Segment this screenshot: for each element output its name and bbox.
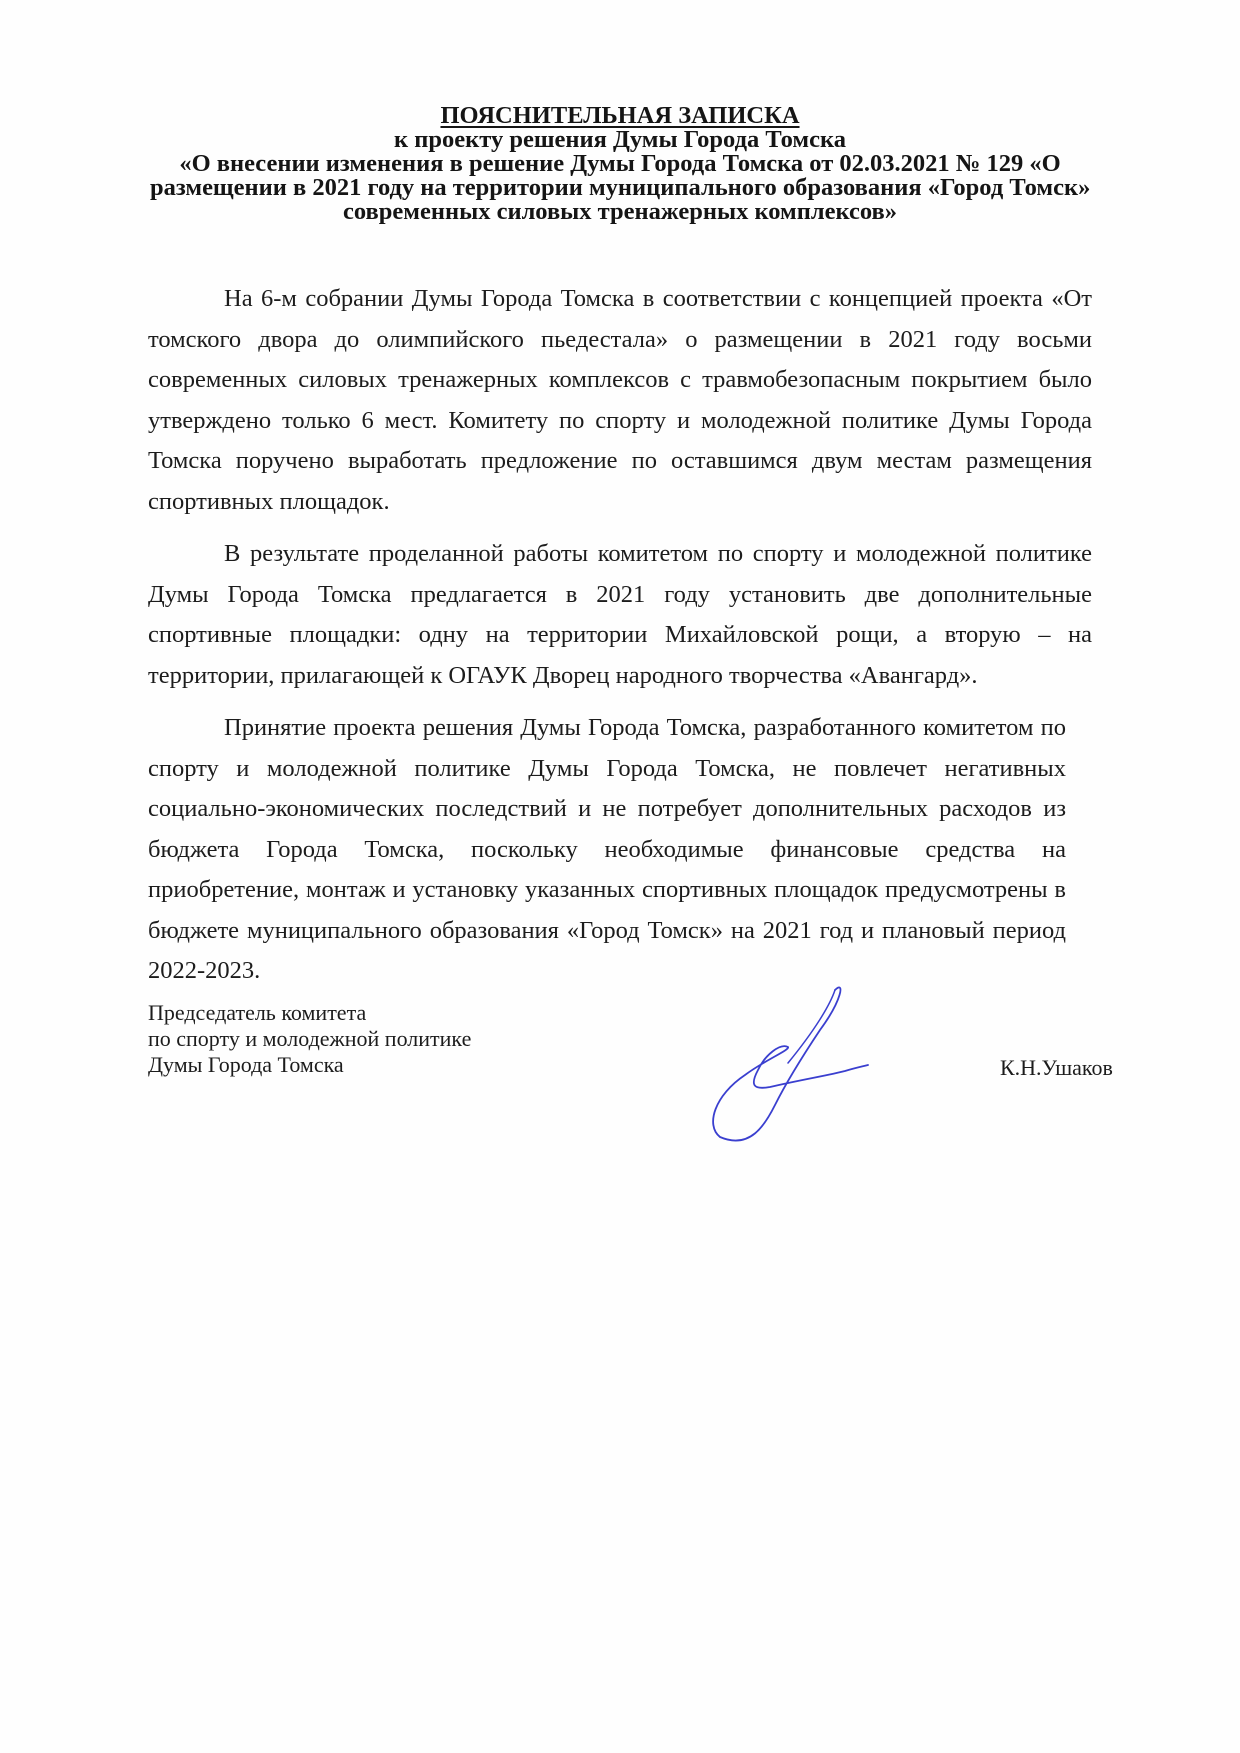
signer-position: Председатель комитета по спорту и молоде…: [148, 1000, 471, 1078]
paragraph-2: В результате проделанной работы комитето…: [148, 534, 1092, 696]
handwritten-signature-icon: [670, 975, 870, 1145]
document-subtitle-line-1: к проекту решения Думы Города Томска: [150, 128, 1090, 152]
signer-name: К.Н.Ушаков: [1000, 1055, 1113, 1081]
document-body: На 6-м собрании Думы Города Томска в соо…: [148, 279, 1092, 992]
document-subtitle-line-4: современных силовых тренажерных комплекс…: [150, 200, 1090, 224]
document-subtitle-line-2: «О внесении изменения в решение Думы Гор…: [150, 152, 1090, 176]
paragraph-1: На 6-м собрании Думы Города Томска в соо…: [148, 279, 1092, 522]
signer-position-line-2: по спорту и молодежной политике: [148, 1026, 471, 1052]
signer-position-line-1: Председатель комитета: [148, 1000, 471, 1026]
paragraph-3: Принятие проекта решения Думы Города Том…: [148, 708, 1066, 992]
document-page: ПОЯСНИТЕЛЬНАЯ ЗАПИСКА к проекту решения …: [0, 0, 1240, 1753]
document-subtitle-line-3: размещении в 2021 году на территории мун…: [150, 176, 1090, 200]
document-title: ПОЯСНИТЕЛЬНАЯ ЗАПИСКА: [150, 104, 1090, 128]
signer-position-line-3: Думы Города Томска: [148, 1052, 471, 1078]
document-title-block: ПОЯСНИТЕЛЬНАЯ ЗАПИСКА к проекту решения …: [150, 104, 1090, 224]
